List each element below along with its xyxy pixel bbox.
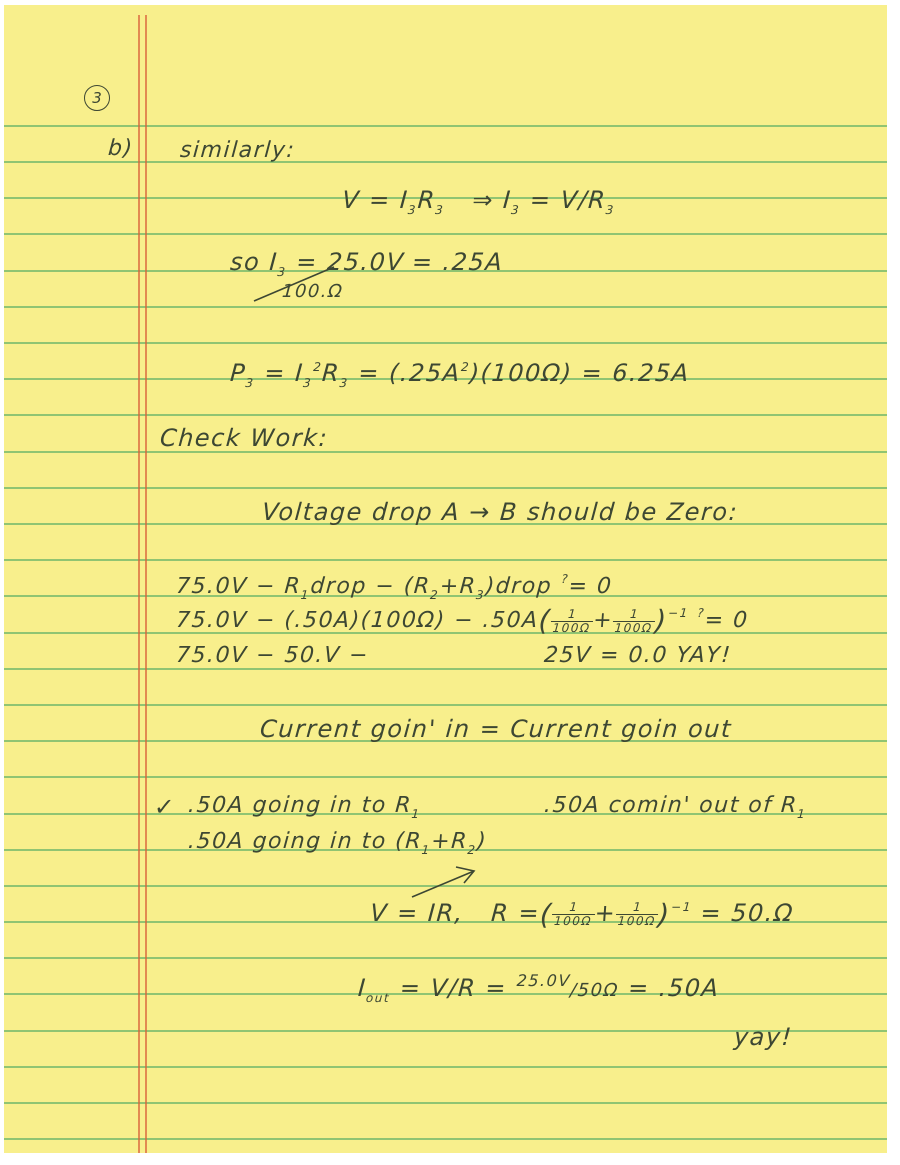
equation-power-p3: P3 = I32R3 = (.25A2)(100Ω) = 6.25A — [229, 361, 691, 389]
equation-current-denominator: 100.Ω — [281, 283, 344, 301]
paren-close: ) — [654, 604, 669, 637]
equation-current-out: Iout = V/R = 25.0V/50Ω = .50A — [357, 973, 721, 1004]
eq-part: V = IR, — [369, 899, 465, 927]
frac-num: 1 — [616, 901, 659, 914]
frac-num: 1 — [613, 608, 656, 621]
equation-kvl-3a: 75.0V − 50.V − — [175, 645, 369, 667]
eq-part: ) — [476, 829, 488, 854]
eq-part: = 50.Ω — [700, 899, 795, 927]
equation-kvl-1: 75.0V − R1drop − (R2+R3)drop ?= 0 — [175, 573, 613, 601]
eq-part: .50A comin' out of R — [543, 793, 798, 818]
eq-sub: 3 — [303, 376, 313, 390]
equation-equivalent-resistance: V = IR, R =(1100Ω+1100Ω)−1 = 50.Ω — [369, 901, 795, 929]
eq-part: V = I — [341, 186, 409, 214]
eq-sub: 3 — [339, 376, 349, 390]
part-label: b) — [107, 138, 134, 160]
text-voltage-drop: Voltage drop A → B should be Zero: — [261, 500, 739, 524]
text-yay: yay! — [733, 1025, 793, 1049]
heading-check-work: Check Work: — [159, 426, 329, 450]
eq-part: = (.25A — [358, 359, 462, 387]
equation-ohms-law: V = I3R3 ⇒ I3 = V/R3 — [341, 188, 616, 216]
equation-current-result: = .25A — [411, 250, 504, 274]
eq-part: R = — [490, 899, 541, 927]
eq-sub: 3 — [245, 376, 255, 390]
eq-sub: out — [365, 991, 390, 1005]
eq-part: + — [594, 899, 618, 927]
fraction: 1100Ω — [612, 608, 656, 634]
eq-part: = 0 — [704, 608, 750, 633]
eq-sup: −1 — [671, 900, 693, 914]
eq-part: )drop — [485, 574, 553, 599]
eq-part: = .50A — [627, 974, 720, 1002]
eq-part: R — [321, 359, 341, 387]
eq-part: ⇒ I — [471, 186, 512, 214]
frac-num: 1 — [553, 901, 596, 914]
equation-current-i3: so I3 = 25.0V — [229, 250, 405, 278]
text-similarly: similarly: — [179, 140, 296, 162]
equation-kvl-2: 75.0V − (.50A)(100Ω) − .50A(1100Ω+1100Ω)… — [175, 607, 750, 635]
eq-part: )(100Ω) = 6.25A — [469, 359, 691, 387]
eq-sub: 1 — [797, 807, 807, 821]
arrow-icon — [412, 867, 474, 897]
eq-part: = 25.0V — [295, 248, 405, 276]
problem-number-badge: 3 — [84, 85, 110, 111]
eq-sub: 3 — [511, 203, 521, 217]
eq-sub: 3 — [277, 265, 287, 279]
eq-part: = I — [263, 359, 304, 387]
frac-den: 100Ω — [615, 914, 658, 928]
eq-part: drop − (R — [310, 574, 432, 599]
eq-part: + — [592, 608, 614, 633]
eq-sub: 1 — [411, 807, 421, 821]
eq-sub: 3 — [435, 203, 445, 217]
eq-part: .50A going in to R — [187, 793, 413, 818]
eq-part: = V/R = — [399, 974, 508, 1002]
eq-part: so I — [229, 248, 279, 276]
eq-part: /50Ω — [569, 980, 619, 1001]
eq-sup: −1 — [668, 606, 690, 620]
frac-num: 1 — [551, 608, 594, 621]
fraction: 1100Ω — [615, 901, 659, 927]
legal-pad-page: 3 b) similarly: V = I3R3 ⇒ I3 = V/R3 so … — [4, 5, 887, 1153]
eq-part: = 0 — [568, 574, 614, 599]
eq-sub: 3 — [605, 203, 615, 217]
eq-part: R — [417, 186, 437, 214]
fraction: 1100Ω — [552, 901, 596, 927]
paren-close: ) — [657, 898, 672, 931]
fraction: 1100Ω — [550, 608, 594, 634]
eq-part: = V/R — [529, 186, 607, 214]
equation-kvl-3b: 25V = 0.0 YAY! — [543, 645, 732, 667]
frac-den: 100Ω — [550, 621, 593, 635]
checkmark-icon: ✓ — [153, 795, 176, 819]
eq-sup: 25.0V — [516, 971, 571, 990]
eq-part: +R — [439, 574, 477, 599]
eq-part: 75.0V − (.50A)(100Ω) − .50A — [175, 608, 539, 633]
eq-part: +R — [430, 829, 468, 854]
text-current-in-r1-r2: .50A going in to (R1+R2) — [187, 831, 488, 856]
text-current-in-r1: .50A going in to R1 — [187, 795, 422, 820]
text-current-conservation: Current goin' in = Current goin out — [259, 717, 733, 741]
text-current-out-r1: .50A comin' out of R1 — [543, 795, 808, 820]
eq-part: .50A going in to (R — [187, 829, 423, 854]
frac-den: 100Ω — [552, 914, 595, 928]
eq-part: 75.0V − R — [175, 574, 302, 599]
margin-lines — [139, 15, 146, 1153]
frac-den: 100Ω — [612, 621, 655, 635]
